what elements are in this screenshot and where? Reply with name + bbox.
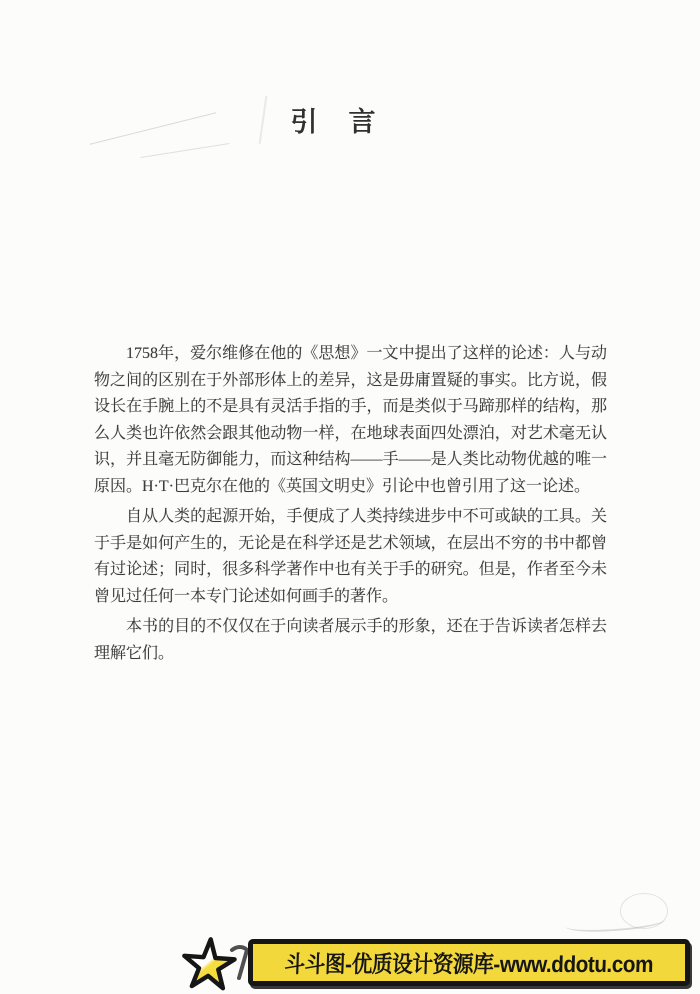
watermark-text: 斗斗图-优质设计资源库-www.ddotu.com	[284, 946, 654, 979]
page-title: 引 言	[0, 100, 684, 139]
paragraph-3: 本书的目的不仅仅在于向读者展示手的形象，还在于告诉读者怎样去理解它们。	[94, 614, 607, 667]
scan-artifact	[620, 893, 668, 929]
watermark-box: 斗斗图-优质设计资源库-www.ddotu.com	[248, 939, 690, 986]
book-page: 引 言 1758年，爱尔维修在他的《思想》一文中提出了这样的论述：人与动物之间的…	[0, 0, 700, 994]
body-text: 1758年，爱尔维修在他的《思想》一文中提出了这样的论述：人与动物之间的区别在于…	[94, 341, 607, 671]
scan-artifact	[140, 143, 229, 158]
paragraph-1: 1758年，爱尔维修在他的《思想》一文中提出了这样的论述：人与动物之间的区别在于…	[94, 341, 607, 500]
paragraph-2: 自从人类的起源开始，手便成了人类持续进步中不可或缺的工具。关于手是如何产生的，无…	[94, 504, 607, 610]
watermark-banner: 斗斗图-优质设计资源库-www.ddotu.com	[0, 930, 700, 994]
